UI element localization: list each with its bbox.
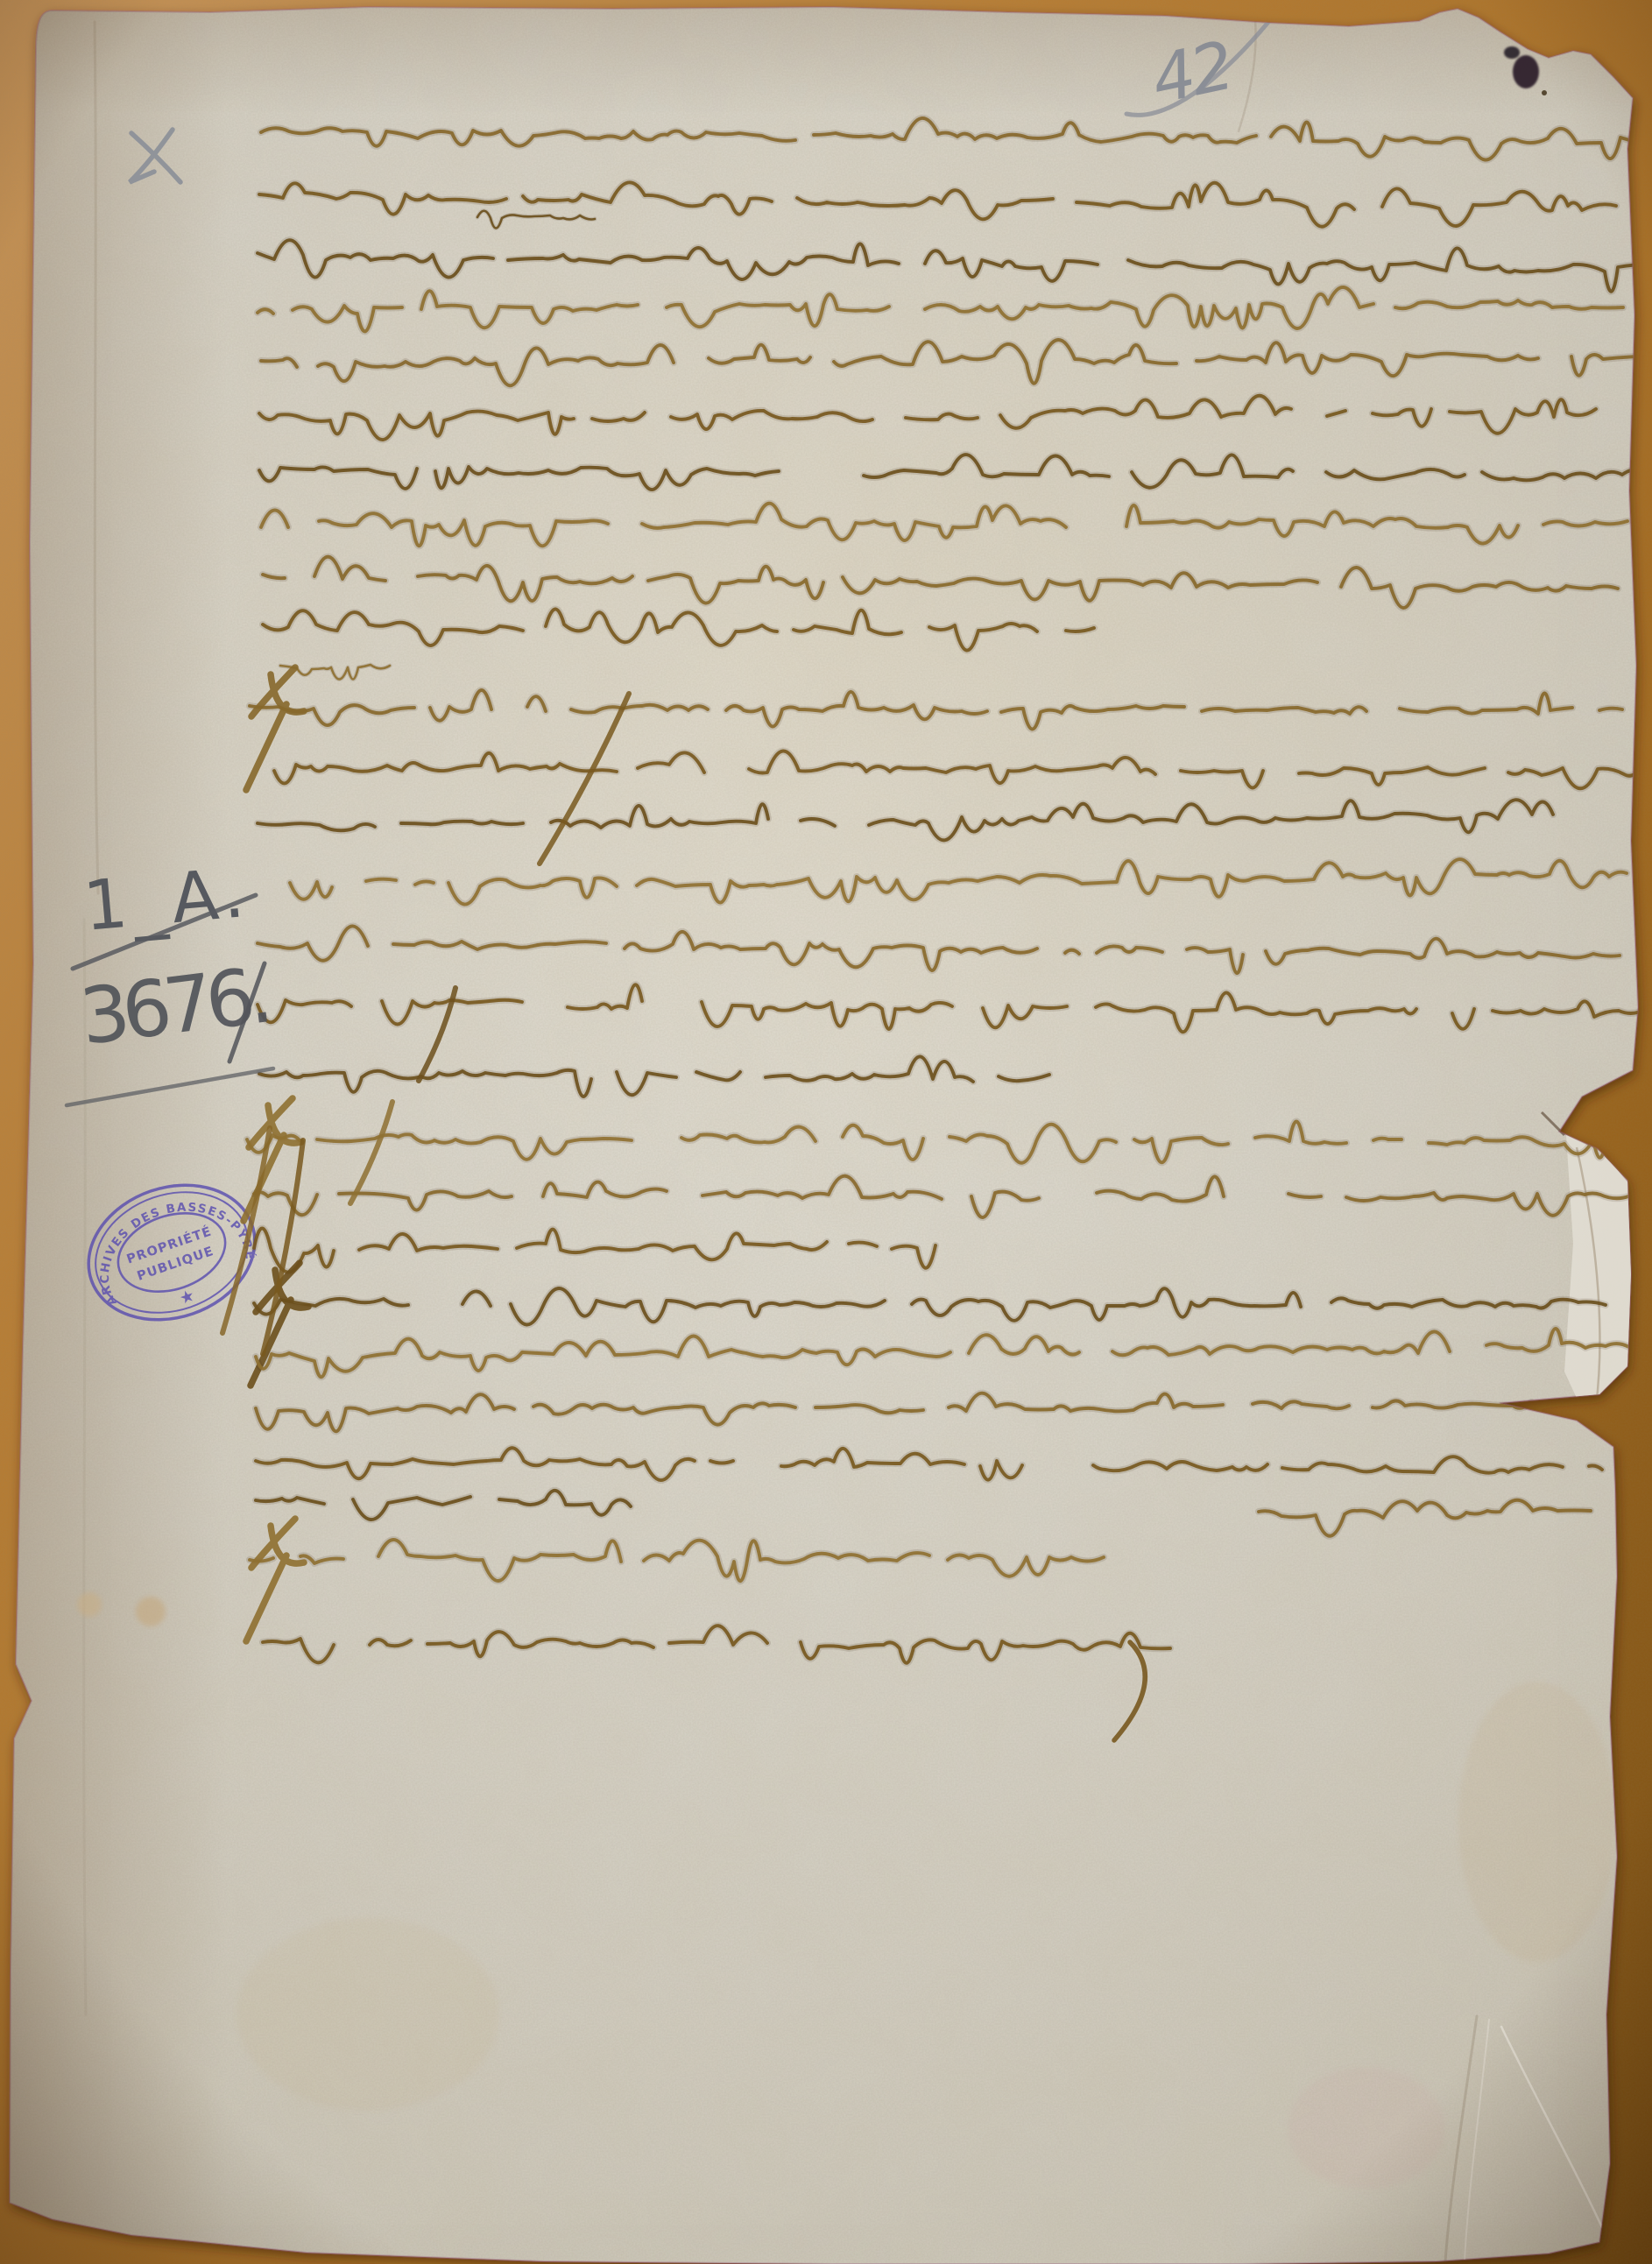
photo-of-manuscript-page: ARCHIVES DES BASSES-PYRÉNÉES PROPRIÉTÉ P…	[0, 0, 1652, 2264]
manuscript-photo-canvas: ARCHIVES DES BASSES-PYRÉNÉES PROPRIÉTÉ P…	[0, 0, 1652, 2264]
paper-surface: ARCHIVES DES BASSES-PYRÉNÉES PROPRIÉTÉ P…	[0, 0, 1652, 2264]
aged-tint	[44, 0, 1652, 1226]
